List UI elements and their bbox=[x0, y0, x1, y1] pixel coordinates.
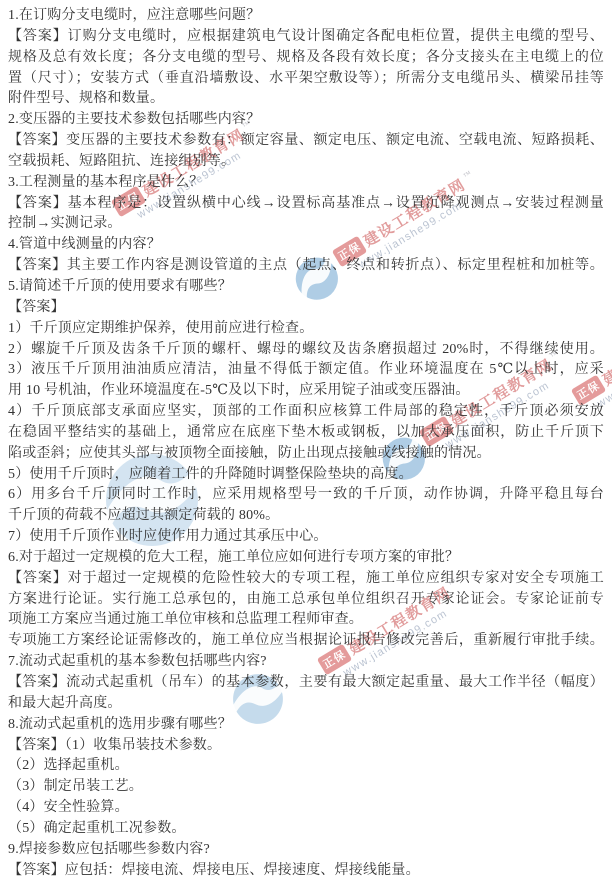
text-line: 6）用多台千斤顶同时工作时，应采用规格型号一致的千斤顶，动作协调，升降平稳且每台 bbox=[8, 485, 604, 506]
text-line: 【答案】（1）收集吊装技术参数。 bbox=[8, 736, 604, 757]
text-line: （2）选择起重机。 bbox=[8, 756, 604, 777]
text-line: 在稳固平整结实的基础上，通常应在底座下垫木板或钢板，以加大承压面积，防止千斤顶下 bbox=[8, 423, 604, 444]
document-page: 正保 建设工程教育网 ™ www.jianshe99.com 正保 建设工程教育… bbox=[0, 0, 612, 884]
text-line: 控制→实测记录。 bbox=[8, 214, 604, 235]
text-line: 陷或歪斜；应使其头部与被顶物全面接触，防止出现点接触或线接触的情况。 bbox=[8, 444, 604, 465]
text-line: 3）液压千斤顶用油油质应清洁，油量不得低于额定值。作业环境温度在 5℃以上时，应… bbox=[8, 360, 604, 381]
text-line: 1）千斤顶应定期维护保养，使用前应进行检查。 bbox=[8, 319, 604, 340]
text-line: 2）螺旋千斤顶及齿条千斤顶的螺杆、螺母的螺纹及齿条磨损超过 20%时，不得继续使… bbox=[8, 340, 604, 361]
text-line: 置（尺寸）；安装方式（垂直沿墙敷设、水平架空敷设等）；所需分支电缆吊头、横梁吊挂… bbox=[8, 69, 604, 90]
text-line: 【答案】订购分支电缆时，应根据建筑电气设计图确定各配电柜位置，提供主电缆的型号、 bbox=[8, 27, 604, 48]
text-line: 【答案】应包括：焊接电流、焊接电压、焊接速度、焊接线能量。 bbox=[8, 861, 604, 882]
text-line: 4.管道中线测量的内容？ bbox=[8, 235, 604, 256]
text-line: 空载损耗、短路阻抗、连接组别等。 bbox=[8, 152, 604, 173]
text-line: 5）使用千斤顶时，应随着工件的升降随时调整保险垫块的高度。 bbox=[8, 465, 604, 486]
text-line: 用 10 号机油，作业环境温度在-5℃及以下时，应采用锭子油或变压器油。 bbox=[8, 381, 604, 402]
text-line: 千斤顶的荷载不应超过其额定荷载的 80%。 bbox=[8, 506, 604, 527]
text-line: 【答案】变压器的主要技术参数有：额定容量、额定电压、额定电流、空载电流、短路损耗… bbox=[8, 131, 604, 152]
text-line: （4）安全性验算。 bbox=[8, 798, 604, 819]
text-line: 项施工方案应当通过施工单位审核和总监理工程师审查。 bbox=[8, 610, 604, 631]
text-line: 专项施工方案经论证需修改的，施工单位应当根据论证报告修改完善后，重新履行审批手续… bbox=[8, 631, 604, 652]
text-line: 4）千斤顶底部支承面应坚实，顶部的工作面积应核算工件局部的稳定性，千斤顶必须安放 bbox=[8, 402, 604, 423]
text-line: 附件型号、规格和数量。 bbox=[8, 89, 604, 110]
text-line: 方案进行论证。实行施工总承包的，由施工总承包单位组织召开专家论证会。专家论证前专 bbox=[8, 590, 604, 611]
text-line: 规格及总有效长度；各分支电缆的型号、规格及各段有效长度；各分支接头在主电缆上的位 bbox=[8, 48, 604, 69]
text-line: 9.焊接参数应包括哪些参数内容? bbox=[8, 840, 604, 861]
text-line: 【答案】流动式起重机（吊车）的基本参数，主要有最大额定起重量、最大工作半径（幅度… bbox=[8, 673, 604, 694]
text-line: 2.变压器的主要技术参数包括哪些内容？ bbox=[8, 110, 604, 131]
text-line: 1.在订购分支电缆时，应注意哪些问题？ bbox=[8, 6, 604, 27]
text-line: 【答案】对于超过一定规模的危险性较大的专项工程，施工单位应组织专家对安全专项施工 bbox=[8, 569, 604, 590]
text-line: 和最大起升高度。 bbox=[8, 694, 604, 715]
text-line: 7.流动式起重机的基本参数包括哪些内容? bbox=[8, 652, 604, 673]
text-line: 8.流动式起重机的选用步骤有哪些？ bbox=[8, 715, 604, 736]
text-line: 【答案】 bbox=[8, 298, 604, 319]
text-line: 7）使用千斤顶作业时应使作用力通过其承压中心。 bbox=[8, 527, 604, 548]
text-line: 3.工程测量的基本程序是什么？ bbox=[8, 173, 604, 194]
text-line: 5.请简述千斤顶的使用要求有哪些？ bbox=[8, 277, 604, 298]
text-line: 【答案】基本程序是：设置纵横中心线→设置标高基准点→设置沉降观测点→安装过程测量 bbox=[8, 194, 604, 215]
text-line: （3）制定吊装工艺。 bbox=[8, 777, 604, 798]
document-body: 1.在订购分支电缆时，应注意哪些问题？【答案】订购分支电缆时，应根据建筑电气设计… bbox=[0, 0, 612, 881]
text-line: 6.对于超过一定规模的危大工程，施工单位应如何进行专项方案的审批？ bbox=[8, 548, 604, 569]
text-line: （5）确定起重机工况参数。 bbox=[8, 819, 604, 840]
text-line: 【答案】其主要工作内容是测设管道的主点（起点、终点和转折点）、标定里程桩和加桩等… bbox=[8, 256, 604, 277]
